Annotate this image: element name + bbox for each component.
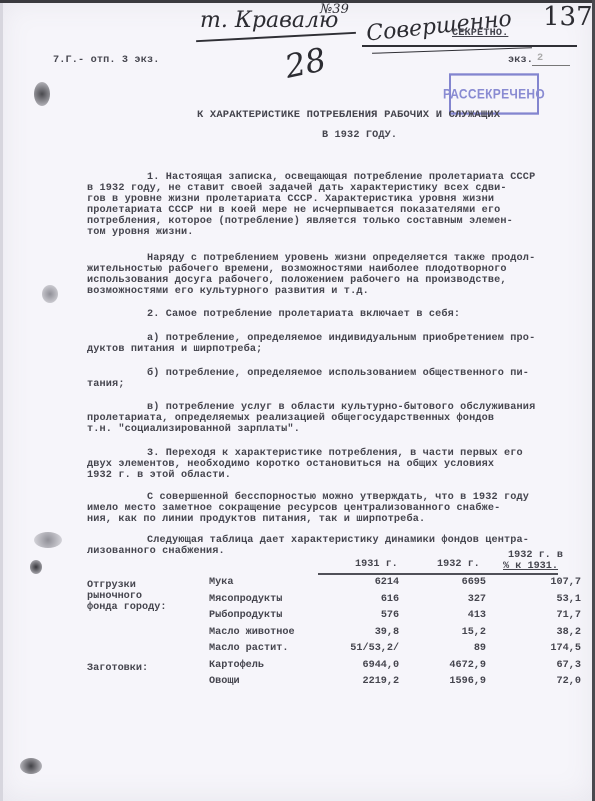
value-1932: 413 — [413, 610, 500, 627]
punch-hole-mark — [20, 758, 42, 774]
paragraph-2: Наряду с потреблением уровень жизни опре… — [87, 253, 587, 297]
table-header-rule — [318, 573, 558, 575]
value-pct: 67,3 — [500, 660, 595, 677]
classification-underline — [362, 45, 577, 47]
value-1932: 15,2 — [413, 627, 500, 644]
value-pct: 174,5 — [500, 643, 595, 660]
column-header-pct-line1: 1932 г. в — [508, 550, 563, 561]
punch-hole-mark — [34, 82, 50, 106]
handwritten-number: №39 — [320, 2, 349, 17]
handwritten-classification: Совершенно — [365, 6, 513, 46]
supply-funds-table: Отгрузкирыночногофонда городу:Мука621466… — [87, 577, 595, 693]
item-name: Масло растит. — [209, 643, 316, 660]
value-1932: 327 — [413, 594, 500, 611]
column-header-1931: 1931 г. — [355, 559, 398, 570]
table-row: Отгрузкирыночногофонда городу:Мука621466… — [87, 577, 595, 594]
item-name: Рыбопродукты — [209, 610, 316, 627]
copy-label: экз. — [508, 55, 533, 66]
paragraph-4: 3. Переходя к характеристике потребления… — [87, 448, 587, 481]
value-pct: 53,1 — [500, 594, 595, 611]
paragraph-5: С совершенной бесспорностью можно утверж… — [87, 492, 587, 525]
copies-note: 7.Г.- отп. 3 экз. — [53, 55, 159, 66]
handwritten-big-number: 28 — [281, 40, 329, 86]
value-1932: 4672,9 — [413, 660, 500, 677]
ink-blot — [42, 285, 58, 303]
classification-underline-2 — [372, 47, 532, 54]
typed-classification: СЕКРЕТНО. — [452, 28, 508, 39]
item-name: Овощи — [209, 676, 316, 693]
handwritten-addressee: т. Кравалю — [200, 8, 338, 33]
document-page: т. Кравалю №39 Совершенно СЕКРЕТНО. 137 … — [0, 0, 595, 801]
column-header-pct-line2: % к 1931. — [503, 561, 558, 572]
value-1931: 2219,2 — [316, 676, 413, 693]
page-number: 137 — [543, 2, 593, 32]
value-1931: 39,8 — [316, 627, 413, 644]
copy-number-line — [532, 65, 570, 66]
item-name: Картофель — [209, 660, 316, 677]
value-pct: 107,7 — [500, 577, 595, 594]
column-header-1932: 1932 г. — [437, 559, 480, 570]
value-1931: 6944,0 — [316, 660, 413, 677]
table-row: Заготовки:Картофель6944,04672,967,3 — [87, 660, 595, 677]
value-1931: 6214 — [316, 577, 413, 594]
ink-blot — [34, 532, 62, 548]
addressee-underline — [196, 32, 356, 42]
item-name: Масло животное — [209, 627, 316, 644]
item-name: Мука — [209, 577, 316, 594]
value-1932: 1596,9 — [413, 676, 500, 693]
paragraph-item-v: в) потребление услуг в области культурно… — [87, 402, 587, 435]
value-pct: 72,0 — [500, 676, 595, 693]
value-pct: 38,2 — [500, 627, 595, 644]
copy-number: 2 — [537, 53, 543, 64]
punch-hole-mark — [30, 560, 42, 574]
paragraph-item-b: б) потребление, определяемое использован… — [87, 368, 587, 390]
paragraph-1: 1. Настоящая записка, освещающая потребл… — [87, 172, 587, 238]
document-title: К ХАРАКТЕРИСТИКЕ ПОТРЕБЛЕНИЯ РАБОЧИХ И С… — [197, 110, 500, 121]
value-pct: 71,7 — [500, 610, 595, 627]
group-label: Отгрузкирыночногофонда городу: — [87, 577, 209, 660]
value-1931: 51/53,2/ — [316, 643, 413, 660]
paragraph-3: 2. Самое потребление пролетариата включа… — [87, 309, 587, 320]
item-name: Мясопродукты — [209, 594, 316, 611]
value-1932: 6695 — [413, 577, 500, 594]
paragraph-item-a: а) потребление, определяемое индивидуаль… — [87, 333, 587, 355]
group-label: Заготовки: — [87, 660, 209, 693]
value-1931: 576 — [316, 610, 413, 627]
value-1931: 616 — [316, 594, 413, 611]
value-1932: 89 — [413, 643, 500, 660]
document-title-year: В 1932 ГОДУ. — [322, 130, 397, 141]
scan-edge — [0, 0, 595, 3]
